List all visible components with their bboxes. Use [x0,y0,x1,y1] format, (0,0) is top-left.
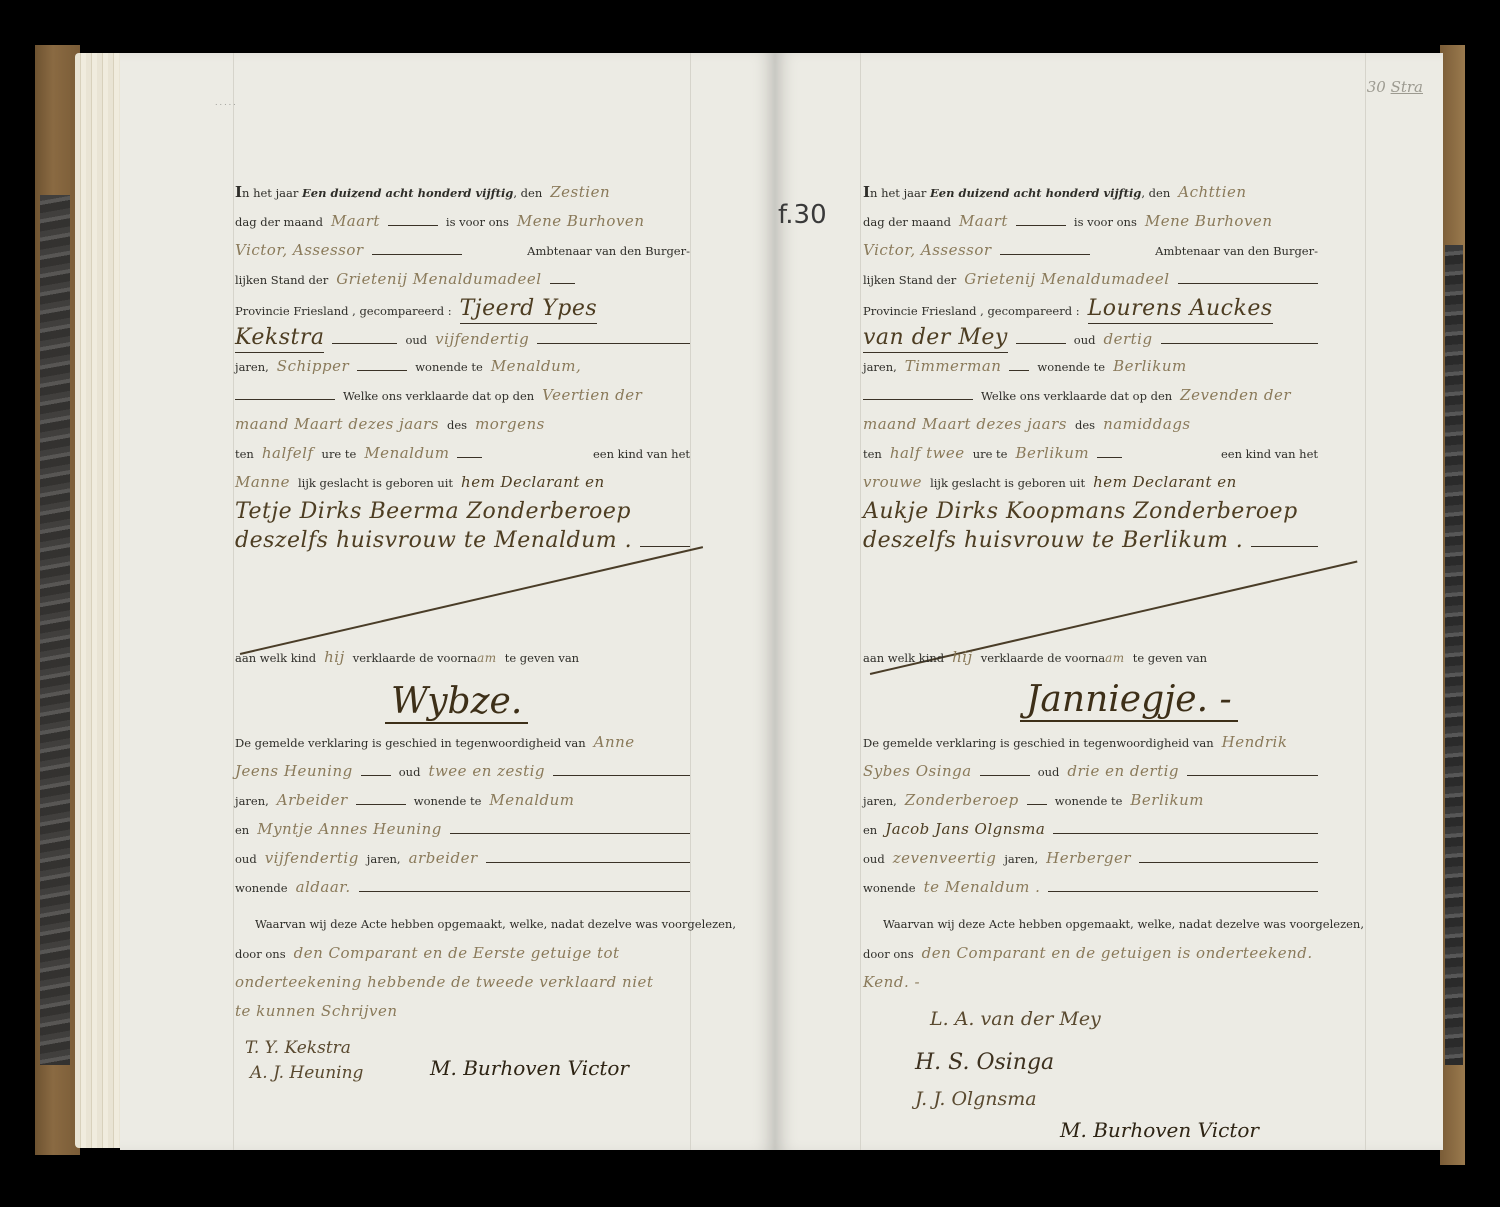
signature-witness: H. S. Osinga [915,1050,1054,1075]
gender-field: Manne [235,468,290,497]
mother-name: Tetje Dirks Beerma Zonderberoep [235,497,631,526]
signature-official: M. Burhoven Victor [430,1056,629,1080]
margin-rule [1365,53,1366,1150]
age-field: vijfendertig [435,325,529,354]
child-given-name: Janniegje. - [1020,679,1238,722]
naming-right: aan welk kindhijverklaarde de voornaamte… [863,643,1318,672]
witnesses-left: De gemelde verklaring is geschied in teg… [235,728,690,1026]
void-strike-line [240,546,703,654]
signature-witness: A. J. Heuning [250,1063,363,1083]
month-field: Maart [331,207,380,236]
declarant-name: Lourens Auckes [1088,294,1273,324]
occupation-field: Schipper [277,352,349,381]
day-field: Zestien [550,178,610,207]
marbled-board-right [1445,245,1463,1065]
margin-rule [233,53,234,1150]
margin-rule [860,53,861,1150]
naming-left: aan welk kindhijverklaarde de voornaamte… [235,643,690,672]
book-cover-left [35,45,80,1155]
margin-note: f.30 [778,200,827,230]
page-edges-left [75,53,120,1148]
signature-declarant: L. A. van der Mey [930,1008,1101,1030]
stray-mark: ..... [215,98,238,107]
birth-act-left: In het jaar Een duizend acht honderd vij… [235,178,690,555]
birth-act-right: In het jaar Een duizend acht honderd vij… [863,178,1318,555]
marbled-board-left [40,195,70,1065]
book-cover-right [1440,45,1465,1165]
right-page: 30 Stra In het jaar Een duizend acht hon… [775,53,1443,1150]
signature-declarant: T. Y. Kekstra [245,1038,351,1058]
witnesses-right: De gemelde verklaring is geschied in teg… [863,728,1318,997]
residence-field: Menaldum, [491,352,581,381]
municipality-field: Grietenij Menaldumadeel [336,265,541,294]
folio-number: 30 Stra [1367,78,1423,96]
open-register-book: ..... In het jaar Een duizend acht honde… [35,45,1465,1175]
child-given-name: Wybze. [385,681,528,724]
left-page: ..... In het jaar Een duizend acht honde… [120,53,775,1150]
margin-rule [690,53,691,1150]
signature-official: M. Burhoven Victor [1060,1118,1259,1142]
signature-witness: J. J. Olgnsma [915,1088,1037,1110]
declarant-name: Tjeerd Ypes [460,294,598,324]
official-field: Mene Burhoven [517,207,645,236]
